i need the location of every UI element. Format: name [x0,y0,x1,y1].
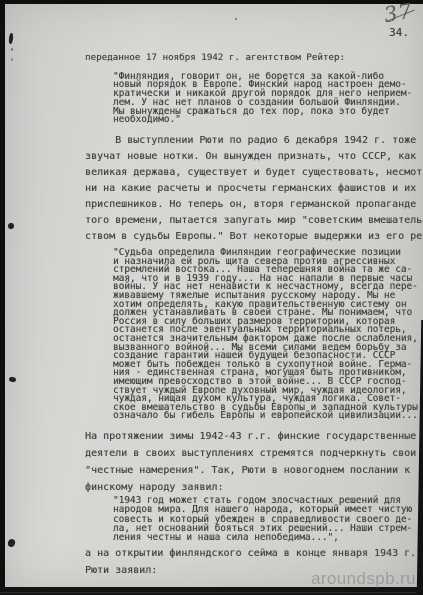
quote-new-year-message: "1943 год может стать годом злосчастных … [113,496,412,542]
paper-speck [235,18,237,20]
scan-edge-left [0,0,5,595]
quote-ryti-speech: "Судьба определила Финляндии географичес… [113,249,418,421]
margin-ink-dot [11,48,13,51]
typed-page-number: 34. [389,26,409,39]
para-winter-1942-43: На протяжении зимы 1942-43 г.г. финские … [85,428,416,497]
intro-line: переданное 17 ноября 1942 г. агентством … [85,52,345,64]
margin-ink-dot [11,58,13,61]
para-ryti-radio: В выступлении Рюти по радио 6 декабря 19… [85,133,423,245]
quote-reuters: "Финляндия, говорит он, не борется за ка… [113,73,412,126]
watermark: aroundspb.ru [311,569,416,589]
scan-edge-top [0,0,423,4]
document-scan: 37 34. переданное 17 ноября 1942 г. аген… [0,0,423,595]
